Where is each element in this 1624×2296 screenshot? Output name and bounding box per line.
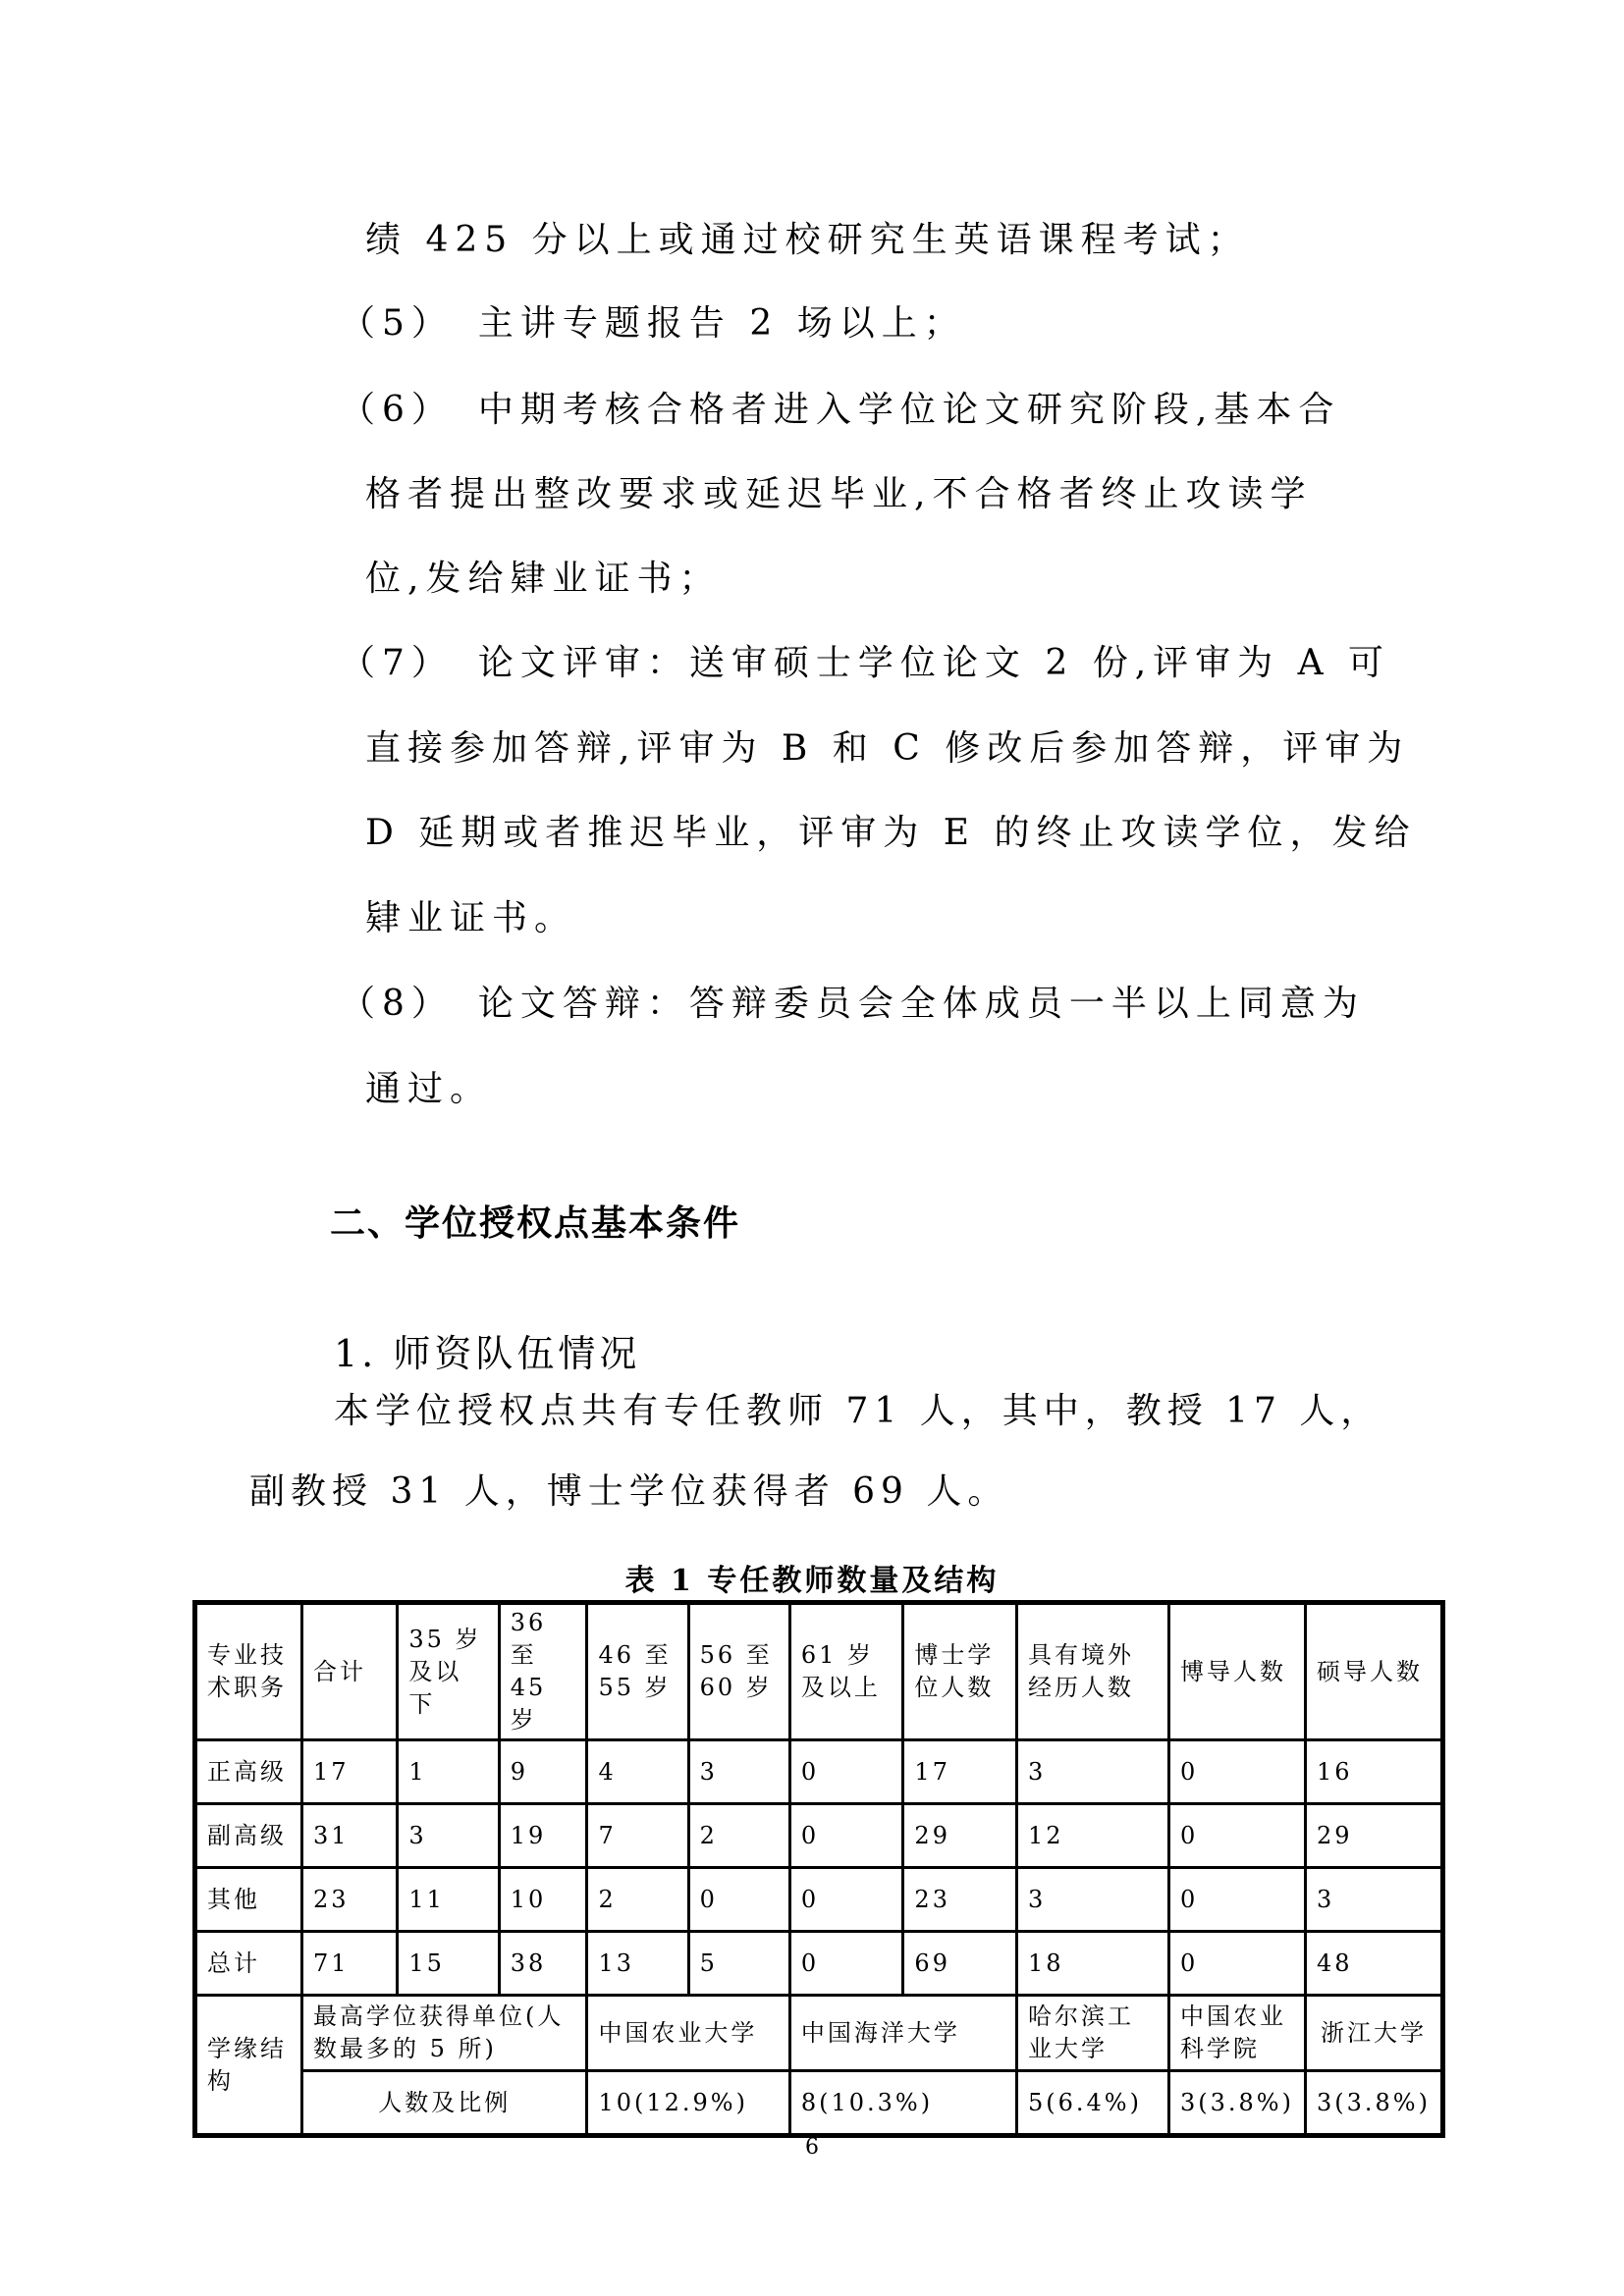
table-cell: 2 <box>688 1804 789 1868</box>
table-cell: 7 <box>587 1804 688 1868</box>
table-cell: 0 <box>688 1868 789 1932</box>
summary-line: 本学位授权点共有专任教师 71 人，其中，教授 17 人， <box>334 1392 1381 1431</box>
edu-school: 中国农业科学院 <box>1169 1996 1306 2071</box>
table-cell: 48 <box>1305 1932 1442 1996</box>
edu-ratio-label: 人数及比例 <box>302 2071 587 2136</box>
paragraph-line: 位,发给肄业证书； <box>365 560 721 599</box>
paragraph-item-8: （8） 论文答辩：答辩委员会全体成员一半以上同意为 <box>340 985 1365 1024</box>
table-cell: 1 <box>398 1740 499 1804</box>
table-cell: 3 <box>1305 1868 1442 1932</box>
table-cell: 0 <box>1169 1868 1306 1932</box>
table-caption: 表 1 专任教师数量及结构 <box>0 1556 1624 1599</box>
header-cell: 博导人数 <box>1169 1603 1306 1740</box>
table-cell: 38 <box>499 1932 587 1996</box>
table-cell: 副高级 <box>195 1804 302 1868</box>
header-cell: 硕导人数 <box>1305 1603 1442 1740</box>
edu-school: 哈尔滨工业大学 <box>1016 1996 1168 2071</box>
table-cell: 12 <box>1016 1804 1168 1868</box>
table-cell: 0 <box>1169 1932 1306 1996</box>
edu-structure-label: 学缘结构 <box>195 1996 302 2136</box>
header-cell: 35 岁及以下 <box>398 1603 499 1740</box>
paragraph-line: 绩 425 分以上或通过校研究生英语课程考试； <box>365 221 1250 260</box>
header-cell: 46 至 55 岁 <box>587 1603 688 1740</box>
table-cell: 0 <box>789 1932 903 1996</box>
table-cell: 3 <box>1016 1868 1168 1932</box>
table-cell: 5 <box>688 1932 789 1996</box>
table-cell: 11 <box>398 1868 499 1932</box>
edu-school: 浙江大学 <box>1305 1996 1442 2071</box>
header-cell: 博士学位人数 <box>903 1603 1017 1740</box>
header-cell: 专业技术职务 <box>195 1603 302 1740</box>
header-cell: 36 至 45 岁 <box>499 1603 587 1740</box>
table-cell: 23 <box>302 1868 398 1932</box>
table-cell: 19 <box>499 1804 587 1868</box>
page-number: 6 <box>0 2135 1624 2160</box>
table-row: 正高级 17 1 9 4 3 0 17 3 0 16 <box>195 1740 1443 1804</box>
table-cell: 13 <box>587 1932 688 1996</box>
edu-ratio: 5(6.4%) <box>1016 2071 1168 2136</box>
table-cell: 9 <box>499 1740 587 1804</box>
paragraph-item-5: （5） 主讲专题报告 2 场以上； <box>340 304 966 344</box>
table-cell: 0 <box>1169 1740 1306 1804</box>
table-cell: 0 <box>789 1804 903 1868</box>
table-cell: 2 <box>587 1868 688 1932</box>
table-cell: 69 <box>903 1932 1017 1996</box>
header-cell: 56 至 60 岁 <box>688 1603 789 1740</box>
edu-ratio: 8(10.3%) <box>789 2071 1016 2136</box>
table-cell: 总计 <box>195 1932 302 1996</box>
header-cell: 61 岁及以上 <box>789 1603 903 1740</box>
paragraph-line: 直接参加答辩,评审为 B 和 C 修改后参加答辩，评审为 <box>365 729 1409 769</box>
table-cell: 3 <box>398 1804 499 1868</box>
edu-structure-row: 学缘结构 最高学位获得单位(人数最多的 5 所) 中国农业大学 中国海洋大学 哈… <box>195 1996 1443 2071</box>
table-row-total: 总计 71 15 38 13 5 0 69 18 0 48 <box>195 1932 1443 1996</box>
edu-school: 中国农业大学 <box>587 1996 789 2071</box>
table-cell: 23 <box>903 1868 1017 1932</box>
header-cell: 合计 <box>302 1603 398 1740</box>
paragraph-item-7: （7） 论文评审：送审硕士学位论文 2 份,评审为 A 可 <box>340 644 1390 683</box>
paragraph-line: 肄业证书。 <box>365 899 576 938</box>
table-cell: 17 <box>903 1740 1017 1804</box>
paragraph-item-6: （6） 中期考核合格者进入学位论文研究阶段,基本合 <box>340 391 1340 430</box>
table-cell: 0 <box>789 1868 903 1932</box>
edu-ratio: 3(3.8%) <box>1169 2071 1306 2136</box>
table-cell: 0 <box>1169 1804 1306 1868</box>
header-cell: 具有境外经历人数 <box>1016 1603 1168 1740</box>
table-cell: 4 <box>587 1740 688 1804</box>
table-header-row: 专业技术职务 合计 35 岁及以下 36 至 45 岁 46 至 55 岁 56… <box>195 1603 1443 1740</box>
edu-unit-label: 最高学位获得单位(人数最多的 5 所) <box>302 1996 587 2071</box>
table-cell: 71 <box>302 1932 398 1996</box>
summary-line: 副教授 31 人，博士学位获得者 69 人。 <box>249 1472 1008 1512</box>
section-heading: 二、学位授权点基本条件 <box>330 1196 740 1246</box>
table-cell: 31 <box>302 1804 398 1868</box>
edu-ratio-row: 人数及比例 10(12.9%) 8(10.3%) 5(6.4%) 3(3.8%)… <box>195 2071 1443 2136</box>
table-cell: 29 <box>1305 1804 1442 1868</box>
table-row: 副高级 31 3 19 7 2 0 29 12 0 29 <box>195 1804 1443 1868</box>
table-row: 其他 23 11 10 2 0 0 23 3 0 3 <box>195 1868 1443 1932</box>
table-cell: 16 <box>1305 1740 1442 1804</box>
subsection-heading: 1. 师资队伍情况 <box>334 1323 640 1377</box>
paragraph-line: D 延期或者推迟毕业，评审为 E 的终止攻读学位，发给 <box>365 814 1416 853</box>
edu-school: 中国海洋大学 <box>789 1996 1016 2071</box>
table-cell: 正高级 <box>195 1740 302 1804</box>
table-cell: 3 <box>688 1740 789 1804</box>
paragraph-line: 通过。 <box>365 1070 492 1109</box>
table-cell: 17 <box>302 1740 398 1804</box>
table-cell: 其他 <box>195 1868 302 1932</box>
table-cell: 29 <box>903 1804 1017 1868</box>
table-cell: 18 <box>1016 1932 1168 1996</box>
table-cell: 10 <box>499 1868 587 1932</box>
table-cell: 15 <box>398 1932 499 1996</box>
table-cell: 3 <box>1016 1740 1168 1804</box>
paragraph-line: 格者提出整改要求或延迟毕业,不合格者终止攻读学 <box>365 475 1312 514</box>
table-cell: 0 <box>789 1740 903 1804</box>
faculty-table: 专业技术职务 合计 35 岁及以下 36 至 45 岁 46 至 55 岁 56… <box>192 1600 1445 2138</box>
edu-ratio: 3(3.8%) <box>1305 2071 1442 2136</box>
edu-ratio: 10(12.9%) <box>587 2071 789 2136</box>
